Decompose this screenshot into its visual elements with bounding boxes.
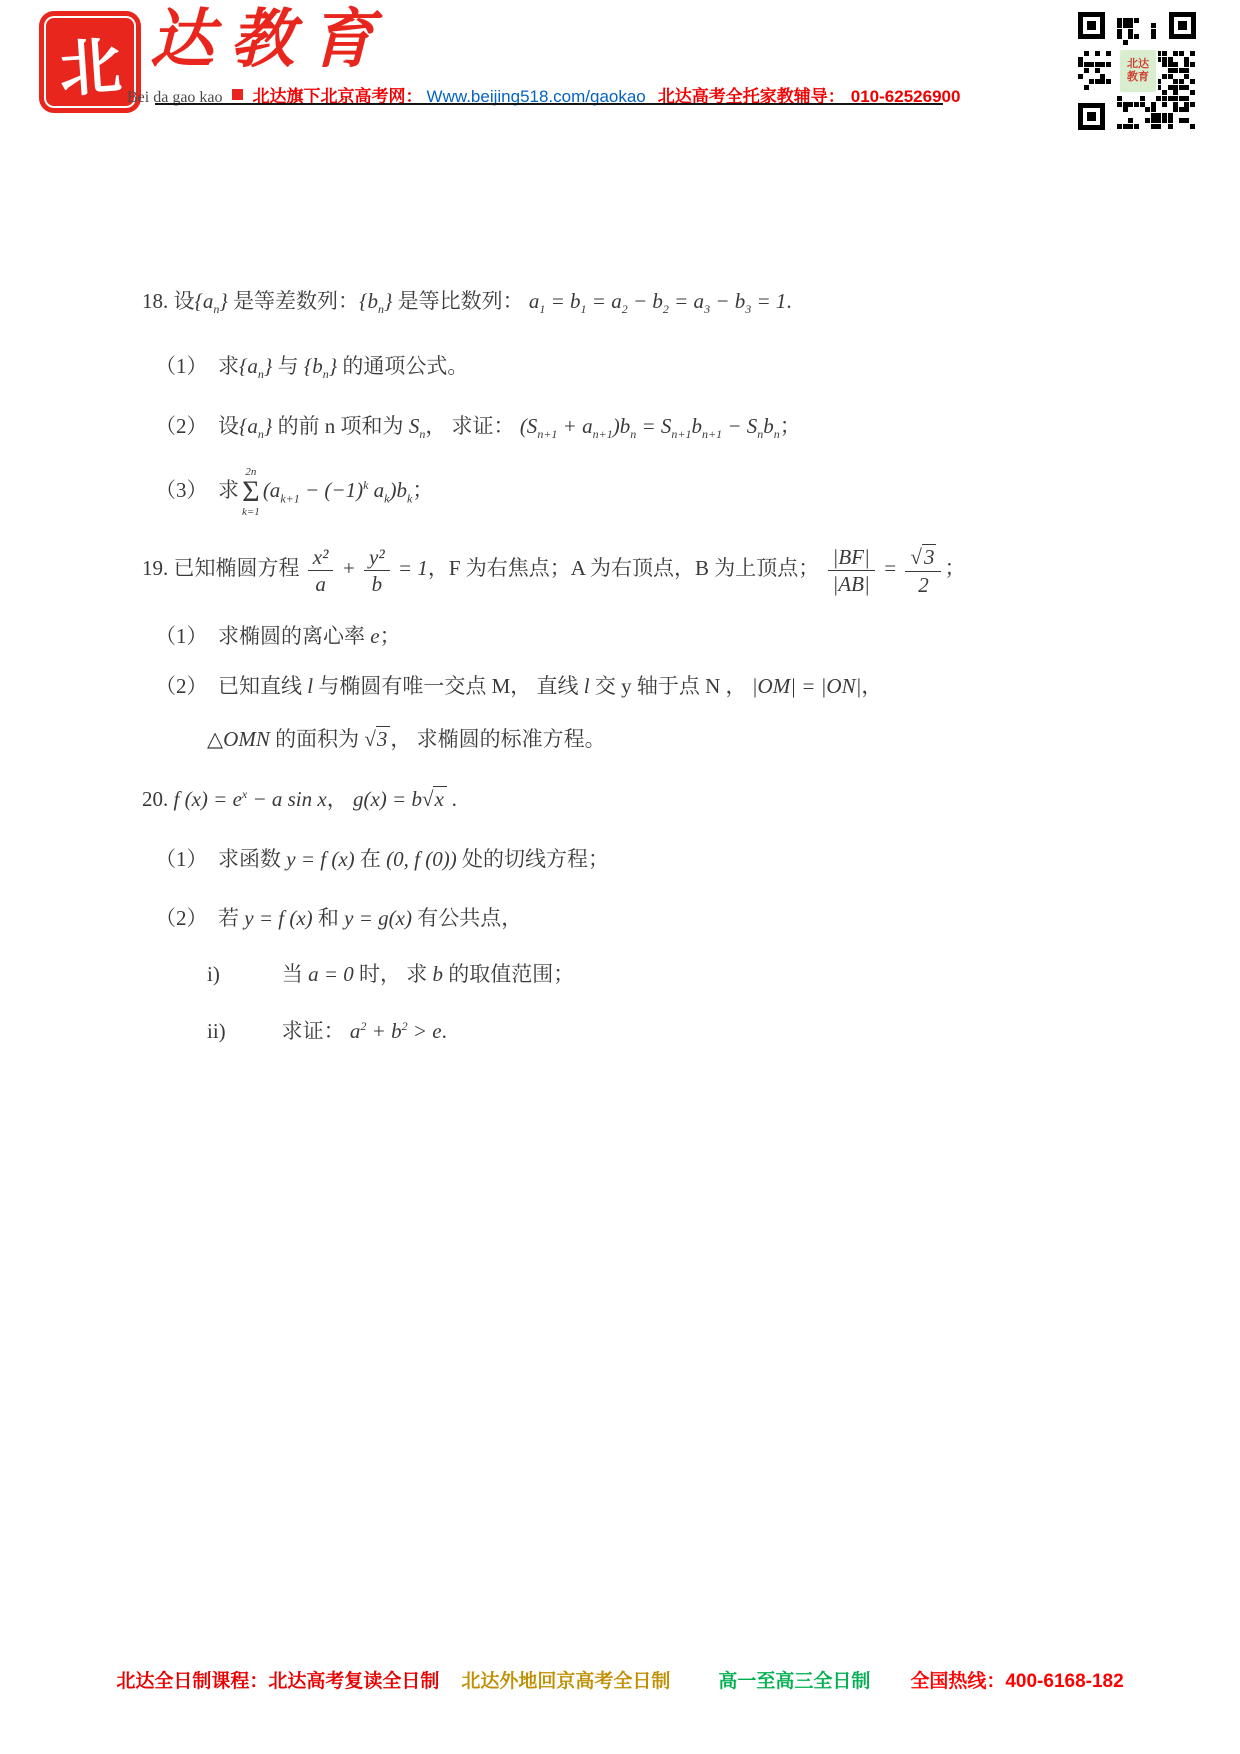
problem-20-part-2-i: i)当 a = 0 时， 求 b 的取值范围； bbox=[207, 959, 1002, 989]
problem-18-part-3: （3） 求2nΣk=1(ak+1 − (−1)k ak)bk； bbox=[155, 466, 1002, 519]
logo-calligraphy-text: 达教育 bbox=[150, 8, 390, 72]
exam-questions: 18. 设{an} 是等差数列：{bn} 是等比数列： a1 = b1 = a2… bbox=[142, 286, 1002, 1046]
footer-courses-red: 北达全日制课程：北达高考复读全日制 bbox=[116, 1666, 439, 1693]
problem-20-part-2: （2） 若 y = f (x) 和 y = g(x) 有公共点， bbox=[155, 903, 1002, 933]
footer-hotline: 全国热线：400-6168-182 bbox=[910, 1666, 1123, 1693]
qr-logo-line2: 教育 bbox=[1127, 71, 1149, 84]
problem-18-part-1: （1） 求{an} 与 {bn} 的通项公式。 bbox=[155, 351, 1002, 384]
footer-course-brown: 北达外地回京高考全日制 bbox=[461, 1666, 670, 1693]
problem-19-part-2: （2） 已知直线 l 与椭圆有唯一交点 M， 直线 l 交 y 轴于点 N ， … bbox=[155, 671, 1002, 701]
problem-19-part-2-continued: △OMN 的面积为 √3， 求椭圆的标准方程。 bbox=[207, 724, 1002, 754]
problem-19-part-1: （1） 求椭圆的离心率 e； bbox=[155, 621, 1002, 651]
seal-character: 北 bbox=[56, 15, 124, 108]
footer-course-green: 高一至高三全日制 bbox=[718, 1666, 870, 1693]
red-square-icon bbox=[232, 89, 243, 100]
problem-20-part-1: （1） 求函数 y = f (x) 在 (0, f (0)) 处的切线方程； bbox=[155, 844, 1002, 874]
problem-20-statement: 20. f (x) = ex − a sin x， g(x) = b√x . bbox=[142, 784, 1002, 814]
qr-center-logo: 北达 教育 bbox=[1118, 48, 1158, 94]
problem-19-statement: 19. 已知椭圆方程 x²a + y²b = 1，F 为右焦点；A 为右顶点，B… bbox=[142, 544, 1002, 596]
qr-finder-top-right bbox=[1169, 12, 1196, 39]
problem-18-part-2: （2） 设{an} 的前 n 项和为 Sn， 求证： (Sn+1 + an+1)… bbox=[155, 411, 1002, 444]
qr-logo-line1: 北达 bbox=[1127, 58, 1149, 71]
qr-finder-bottom-left bbox=[1078, 103, 1105, 130]
header-divider-line bbox=[155, 103, 943, 105]
problem-18-statement: 18. 设{an} 是等差数列：{bn} 是等比数列： a1 = b1 = a2… bbox=[142, 286, 1002, 319]
page-header: 北 达教育 Bei da gao kao 北达旗下北京高考网： Www.beij… bbox=[0, 0, 1240, 140]
qr-finder-top-left bbox=[1078, 12, 1105, 39]
problem-20-part-2-ii: ii)求证： a2 + b2 > e. bbox=[207, 1016, 1002, 1046]
beida-seal-logo: 北 bbox=[44, 16, 136, 108]
qr-code: 北达 教育 bbox=[1078, 12, 1196, 130]
page-footer: 北达全日制课程：北达高考复读全日制 北达外地回京高考全日制 高一至高三全日制 全… bbox=[0, 1666, 1240, 1693]
